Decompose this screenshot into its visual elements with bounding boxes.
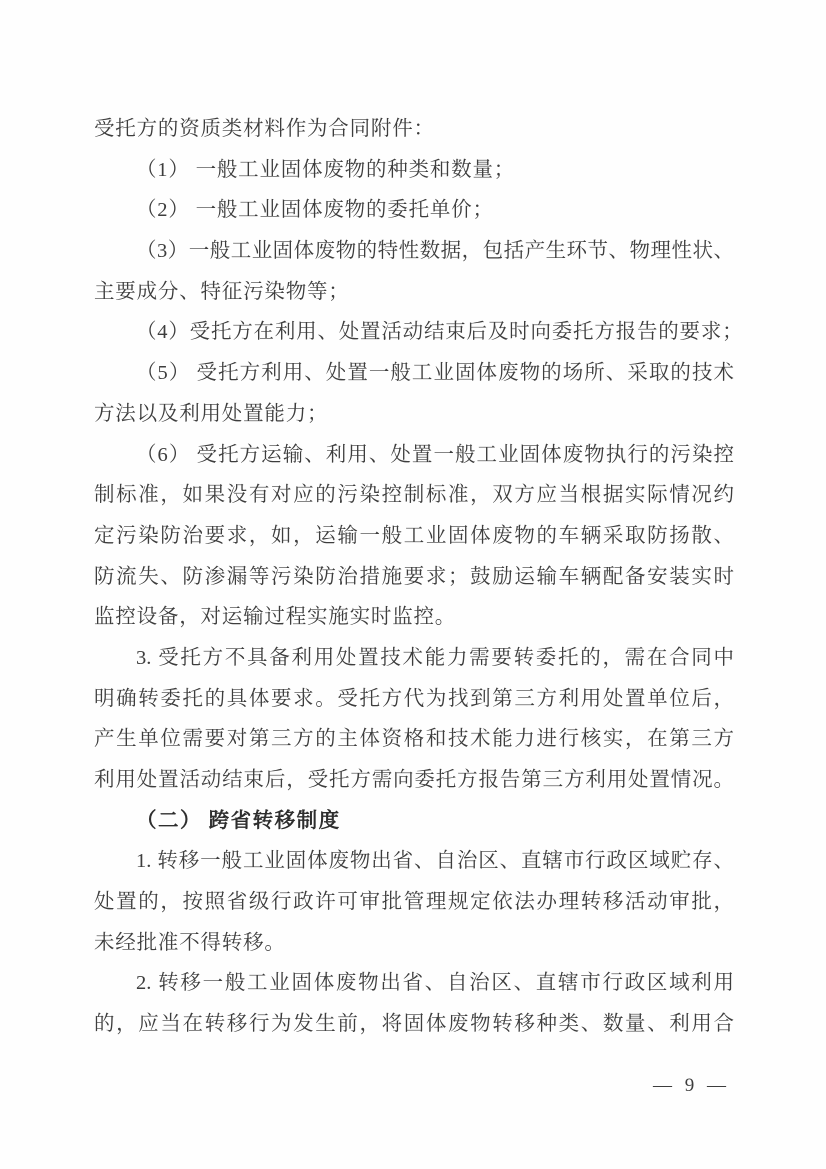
text-line: （6） 受托方运输、利用、处置一般工业固体废物执行的污染控 (94, 435, 734, 476)
text-line: 3. 受托方不具备利用处置技术能力需要转委托的，需在合同中 (94, 638, 734, 679)
page-number: — 9 — (653, 1072, 730, 1100)
text-line: 方法以及利用处置能力； (94, 394, 734, 435)
text-line: 未经批准不得转移。 (94, 923, 734, 964)
text-line: （5） 受托方利用、处置一般工业固体废物的场所、采取的技术 (94, 353, 734, 394)
text-line: 受托方的资质类材料作为合同附件： (94, 109, 734, 150)
text-line: （3）一般工业固体废物的特性数据，包括产生环节、物理性状、 (94, 231, 734, 272)
document-body: 受托方的资质类材料作为合同附件：（1） 一般工业固体废物的种类和数量；（2） 一… (94, 109, 734, 1045)
document-page: 受托方的资质类材料作为合同附件：（1） 一般工业固体废物的种类和数量；（2） 一… (0, 0, 826, 1169)
text-line: （1） 一般工业固体废物的种类和数量； (94, 150, 734, 191)
text-line: 1. 转移一般工业固体废物出省、自治区、直辖市行政区域贮存、 (94, 841, 734, 882)
text-line: 产生单位需要对第三方的主体资格和技术能力进行核实，在第三方 (94, 719, 734, 760)
text-line: 处置的，按照省级行政许可审批管理规定依法办理转移活动审批， (94, 882, 734, 923)
text-line: 防流失、防渗漏等污染防治措施要求；鼓励运输车辆配备安装实时 (94, 557, 734, 598)
section-heading: （二） 跨省转移制度 (94, 801, 734, 842)
text-line: 主要成分、特征污染物等； (94, 272, 734, 313)
text-line: 监控设备，对运输过程实施实时监控。 (94, 597, 734, 638)
text-line: 利用处置活动结束后，受托方需向委托方报告第三方利用处置情况。 (94, 760, 734, 801)
text-line: 明确转委托的具体要求。受托方代为找到第三方利用处置单位后， (94, 679, 734, 720)
text-line: （2） 一般工业固体废物的委托单价； (94, 190, 734, 231)
text-line: 的，应当在转移行为发生前，将固体废物转移种类、数量、利用合 (94, 1004, 734, 1045)
text-line: 制标准，如果没有对应的污染控制标准，双方应当根据实际情况约 (94, 475, 734, 516)
text-line: 2. 转移一般工业固体废物出省、自治区、直辖市行政区域利用 (94, 963, 734, 1004)
text-line: 定污染防治要求，如，运输一般工业固体废物的车辆采取防扬散、 (94, 516, 734, 557)
text-line: （4）受托方在利用、处置活动结束后及时向委托方报告的要求； (94, 312, 734, 353)
